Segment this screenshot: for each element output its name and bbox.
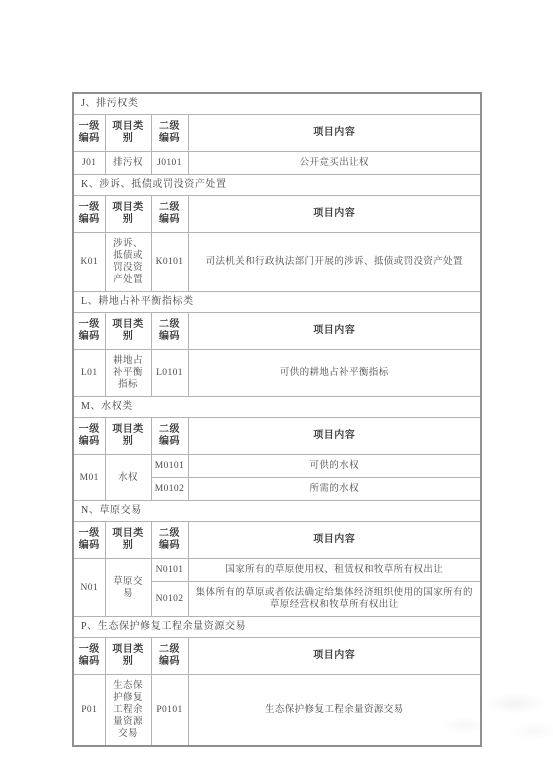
header-col3: 二级编码 xyxy=(151,522,188,559)
header-col2: 项目类别 xyxy=(105,418,151,455)
header-col3: 二级编码 xyxy=(151,196,188,233)
cell-content: 可供的耕地占补平衡指标 xyxy=(188,350,481,397)
cell-level2-code: M0102 xyxy=(151,478,188,501)
header-col1: 一级编码 xyxy=(73,522,105,559)
section-title: J、排污权类 xyxy=(73,93,481,115)
column-header-row: 一级编码项目类别二级编码项目内容 xyxy=(73,313,481,350)
cell-category: 生态保护修复工程余量资源交易 xyxy=(105,675,151,747)
column-header-row: 一级编码项目类别二级编码项目内容 xyxy=(73,196,481,233)
header-col3: 二级编码 xyxy=(151,313,188,350)
cell-level2-code: L0101 xyxy=(151,350,188,397)
data-row: P01生态保护修复工程余量资源交易P0101生态保护修复工程余量资源交易 xyxy=(73,675,481,747)
cell-content: 集体所有的草原或者依法确定给集体经济组织使用的国家所有的草原经营权和牧草所有权出… xyxy=(188,582,481,617)
cell-category: 草原交易 xyxy=(105,559,151,617)
cell-level2-code: P0101 xyxy=(151,675,188,747)
cell-level2-code: N0101 xyxy=(151,559,188,582)
section-title-row: P、生态保护修复工程余量资源交易 xyxy=(73,617,481,638)
section-title-row: K、涉诉、抵债或罚没资产处置 xyxy=(73,175,481,196)
data-row: N01草原交易N0101国家所有的草原使用权、租赁权和牧草所有权出让 xyxy=(73,559,481,582)
cell-category: 涉诉、抵债或罚没资产处置 xyxy=(105,233,151,292)
cell-content: 国家所有的草原使用权、租赁权和牧草所有权出让 xyxy=(188,559,481,582)
section-title-row: J、排污权类 xyxy=(73,93,481,115)
cell-level2-code: N0102 xyxy=(151,582,188,617)
section-title: P、生态保护修复工程余量资源交易 xyxy=(73,617,481,638)
section-title: N、草原交易 xyxy=(73,501,481,522)
header-col3: 二级编码 xyxy=(151,418,188,455)
data-row: M01水权M0101可供的水权 xyxy=(73,455,481,478)
data-row: K01涉诉、抵债或罚没资产处置K0101司法机关和行政执法部门开展的涉诉、抵债或… xyxy=(73,233,481,292)
section-title: K、涉诉、抵债或罚没资产处置 xyxy=(73,175,481,196)
cell-level1-code: J01 xyxy=(73,152,105,175)
cell-level1-code: M01 xyxy=(73,455,105,501)
column-header-row: 一级编码项目类别二级编码项目内容 xyxy=(73,418,481,455)
cell-content: 可供的水权 xyxy=(188,455,481,478)
section-title-row: N、草原交易 xyxy=(73,501,481,522)
section-title-row: M、水权类 xyxy=(73,397,481,418)
section-title-row: L、耕地占补平衡指标类 xyxy=(73,292,481,313)
header-col1: 一级编码 xyxy=(73,313,105,350)
cell-content: 司法机关和行政执法部门开展的涉诉、抵债或罚没资产处置 xyxy=(188,233,481,292)
header-col2: 项目类别 xyxy=(105,638,151,675)
header-col1: 一级编码 xyxy=(73,638,105,675)
cell-category: 耕地占补平衡指标 xyxy=(105,350,151,397)
header-col3: 二级编码 xyxy=(151,638,188,675)
cell-level2-code: K0101 xyxy=(151,233,188,292)
section-title: M、水权类 xyxy=(73,397,481,418)
header-col2: 项目类别 xyxy=(105,313,151,350)
header-col4: 项目内容 xyxy=(188,418,481,455)
header-col4: 项目内容 xyxy=(188,313,481,350)
header-col1: 一级编码 xyxy=(73,196,105,233)
cell-level2-code: M0101 xyxy=(151,455,188,478)
cell-level1-code: K01 xyxy=(73,233,105,292)
cell-content: 公开竞买出让权 xyxy=(188,152,481,175)
cell-level1-code: N01 xyxy=(73,559,105,617)
header-col4: 项目内容 xyxy=(188,196,481,233)
document-page: J、排污权类一级编码项目类别二级编码项目内容J01排污权J0101公开竞买出让权… xyxy=(0,0,553,782)
header-col2: 项目类别 xyxy=(105,115,151,152)
cell-content: 所需的水权 xyxy=(188,478,481,501)
header-col1: 一级编码 xyxy=(73,115,105,152)
data-row: J01排污权J0101公开竞买出让权 xyxy=(73,152,481,175)
header-col4: 项目内容 xyxy=(188,638,481,675)
header-col1: 一级编码 xyxy=(73,418,105,455)
cell-content: 生态保护修复工程余量资源交易 xyxy=(188,675,481,747)
cell-level1-code: P01 xyxy=(73,675,105,747)
column-header-row: 一级编码项目类别二级编码项目内容 xyxy=(73,522,481,559)
header-col2: 项目类别 xyxy=(105,522,151,559)
cell-category: 排污权 xyxy=(105,152,151,175)
header-col3: 二级编码 xyxy=(151,115,188,152)
header-col2: 项目类别 xyxy=(105,196,151,233)
data-row: L01耕地占补平衡指标L0101可供的耕地占补平衡指标 xyxy=(73,350,481,397)
header-col4: 项目内容 xyxy=(188,522,481,559)
classification-table: J、排污权类一级编码项目类别二级编码项目内容J01排污权J0101公开竞买出让权… xyxy=(72,92,482,747)
cell-level1-code: L01 xyxy=(73,350,105,397)
cell-category: 水权 xyxy=(105,455,151,501)
cell-level2-code: J0101 xyxy=(151,152,188,175)
column-header-row: 一级编码项目类别二级编码项目内容 xyxy=(73,115,481,152)
header-col4: 项目内容 xyxy=(188,115,481,152)
column-header-row: 一级编码项目类别二级编码项目内容 xyxy=(73,638,481,675)
section-title: L、耕地占补平衡指标类 xyxy=(73,292,481,313)
